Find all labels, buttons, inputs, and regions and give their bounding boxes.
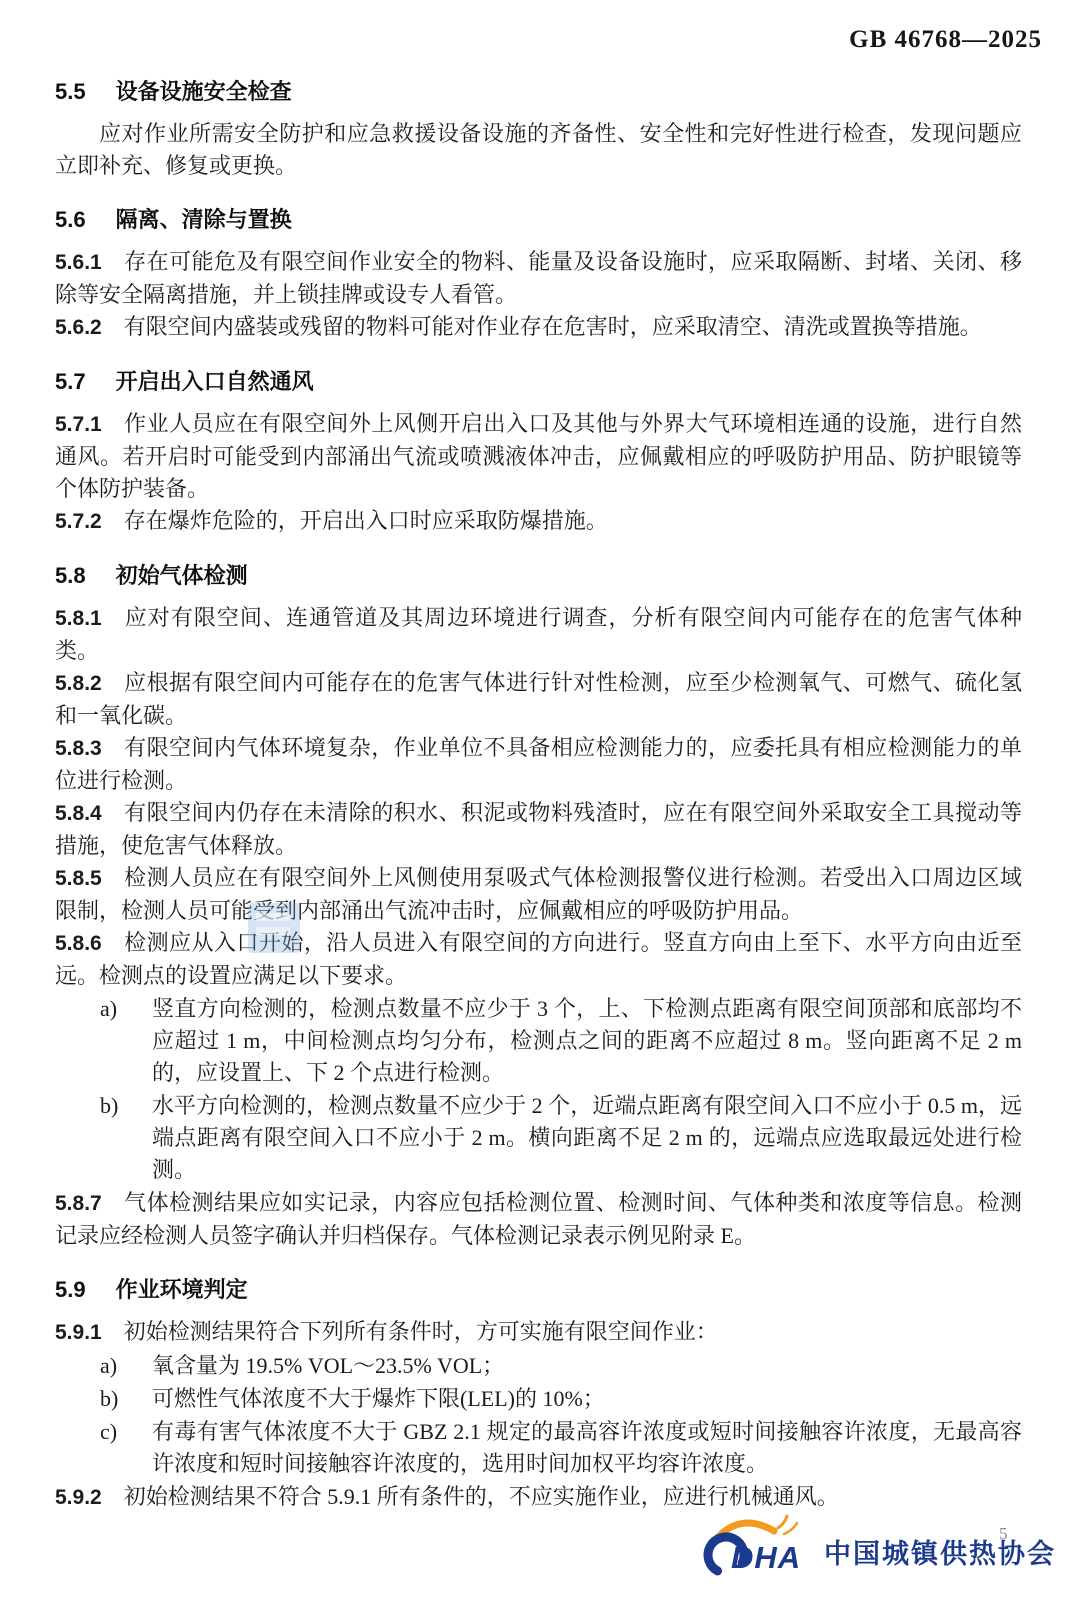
section-number: 5.5 — [55, 79, 86, 104]
clause-number: 5.9.1 — [55, 1321, 102, 1344]
clause-number: 5.9.2 — [55, 1486, 102, 1509]
clause-text: 有限空间内盛装或残留的物料可能对作业存在危害时，应采取清空、清洗或置换等措施。 — [124, 314, 982, 339]
list-text: 可燃性气体浓度不大于爆炸下限(LEL)的 10%； — [152, 1386, 605, 1411]
section-heading-5-7: 5.7开启出入口自然通风 — [55, 366, 1022, 398]
list-item-a: a)竖直方向检测的，检测点数量不应少于 3 个，上、下检测点距离有限空间顶部和底… — [55, 993, 1022, 1089]
clause-5-8-4: 5.8.4有限空间内仍存在未清除的积水、积泥或物料残渣时，应在有限空间外采取安全… — [55, 797, 1022, 862]
clause-number: 5.8.1 — [55, 607, 102, 630]
clause-text: 气体检测结果应如实记录，内容应包括检测位置、检测时间、气体种类和浓度等信息。检测… — [55, 1190, 1022, 1248]
clause-text: 检测人员应在有限空间外上风侧使用泵吸式气体检测报警仪进行检测。若受出入口周边区域… — [55, 865, 1022, 923]
section-heading-5-8: 5.8初始气体检测 — [55, 560, 1022, 592]
section-title: 作业环境判定 — [116, 1277, 248, 1302]
section-title: 开启出入口自然通风 — [116, 369, 314, 394]
list-marker: b) — [100, 1090, 118, 1122]
list-item-a: a)氧含量为 19.5% VOL～23.5% VOL； — [55, 1350, 1022, 1382]
section-heading-5-9: 5.9作业环境判定 — [55, 1274, 1022, 1306]
clause-text: 检测应从入口开始，沿人员进入有限空间的方向进行。竖直方向由上至下、水平方向由近至… — [55, 930, 1022, 988]
clause-5-7-1: 5.7.1作业人员应在有限空间外上风侧开启出入口及其他与外界大气环境相连通的设施… — [55, 408, 1022, 505]
section-number: 5.8 — [55, 563, 86, 588]
list-text: 竖直方向检测的，检测点数量不应少于 3 个，上、下检测点距离有限空间顶部和底部均… — [152, 996, 1022, 1085]
list-item-b: b)可燃性气体浓度不大于爆炸下限(LEL)的 10%； — [55, 1383, 1022, 1415]
clause-text: 有限空间内气体环境复杂，作业单位不具备相应检测能力的，应委托具有相应检测能力的单… — [55, 735, 1022, 793]
section-number: 5.7 — [55, 369, 86, 394]
list-marker: a) — [100, 1350, 117, 1382]
clause-text: 有限空间内仍存在未清除的积水、积泥或物料残渣时，应在有限空间外采取安全工具搅动等… — [55, 800, 1022, 858]
section-heading-5-5: 5.5设备设施安全检查 — [55, 76, 1022, 108]
clause-text: 初始检测结果符合下列所有条件时，方可实施有限空间作业： — [124, 1319, 718, 1344]
section-heading-5-6: 5.6隔离、清除与置换 — [55, 204, 1022, 236]
clause-5-8-3: 5.8.3有限空间内气体环境复杂，作业单位不具备相应检测能力的，应委托具有相应检… — [55, 732, 1022, 797]
clause-number: 5.8.6 — [55, 932, 102, 955]
clause-number: 5.7.1 — [55, 413, 102, 436]
clause-5-8-7: 5.8.7气体检测结果应如实记录，内容应包括检测位置、检测时间、气体种类和浓度等… — [55, 1187, 1022, 1252]
clause-text: 作业人员应在有限空间外上风侧开启出入口及其他与外界大气环境相连通的设施，进行自然… — [55, 411, 1022, 501]
clause-5-9-2: 5.9.2初始检测结果不符合 5.9.1 所有条件的，不应实施作业，应进行机械通… — [55, 1481, 1022, 1514]
clause-text: 初始检测结果不符合 5.9.1 所有条件的，不应实施作业，应进行机械通风。 — [124, 1484, 839, 1509]
clause-text: 应根据有限空间内可能存在的危害气体进行针对性检测，应至少检测氧气、可燃气、硫化氢… — [55, 670, 1022, 728]
list-text: 氧含量为 19.5% VOL～23.5% VOL； — [152, 1353, 504, 1378]
clause-text: 存在可能危及有限空间作业安全的物料、能量及设备设施时，应采取隔断、封堵、关闭、移… — [55, 249, 1022, 307]
page-number: 5 — [999, 1524, 1008, 1544]
list-text: 水平方向检测的，检测点数量不应少于 2 个，近端点距离有限空间入口不应小于 0.… — [152, 1093, 1022, 1182]
standard-number: GB 46768—2025 — [55, 26, 1042, 54]
clause-text: 应对有限空间、连通管道及其周边环境进行调查，分析有限空间内可能存在的危害气体种类… — [55, 605, 1022, 663]
clause-number: 5.8.4 — [55, 802, 102, 825]
clause-number: 5.6.1 — [55, 251, 102, 274]
list-item-c: c)有毒有害气体浓度不大于 GBZ 2.1 规定的最高容许浓度或短时间接触容许浓… — [55, 1416, 1022, 1480]
list-text: 有毒有害气体浓度不大于 GBZ 2.1 规定的最高容许浓度或短时间接触容许浓度，… — [152, 1419, 1022, 1476]
clause-number: 5.8.2 — [55, 672, 102, 695]
organization-name: 中国城镇供热协会 — [824, 1527, 1056, 1568]
clause-number: 5.7.2 — [55, 510, 102, 533]
clause-5-8-5: 5.8.5检测人员应在有限空间外上风侧使用泵吸式气体检测报警仪进行检测。若受出入… — [55, 862, 1022, 927]
section-number: 5.9 — [55, 1277, 86, 1302]
clause-5-8-6: 5.8.6检测应从入口开始，沿人员进入有限空间的方向进行。竖直方向由上至下、水平… — [55, 927, 1022, 992]
list-marker: c) — [100, 1416, 117, 1448]
cdha-logo-icon: DHA — [698, 1514, 816, 1580]
section-title: 隔离、清除与置换 — [116, 207, 292, 232]
section-number: 5.6 — [55, 207, 86, 232]
clause-5-8-1: 5.8.1应对有限空间、连通管道及其周边环境进行调查，分析有限空间内可能存在的危… — [55, 602, 1022, 667]
clause-number: 5.6.2 — [55, 316, 102, 339]
clause-5-8-2: 5.8.2应根据有限空间内可能存在的危害气体进行针对性检测，应至少检测氧气、可燃… — [55, 667, 1022, 732]
clause-5-7-2: 5.7.2存在爆炸危险的，开启出入口时应采取防爆措施。 — [55, 505, 1022, 538]
clause-number: 5.8.5 — [55, 867, 102, 890]
clause-text: 存在爆炸危险的，开启出入口时应采取防爆措施。 — [124, 508, 608, 533]
clause-number: 5.8.7 — [55, 1192, 102, 1215]
section-title: 设备设施安全检查 — [116, 79, 292, 104]
document-page: GB 46768—2025 5.5设备设施安全检查 应对作业所需安全防护和应急救… — [0, 0, 1080, 1514]
clause-5-6-1: 5.6.1存在可能危及有限空间作业安全的物料、能量及设备设施时，应采取隔断、封堵… — [55, 246, 1022, 311]
paragraph-5-5: 应对作业所需安全防护和应急救援设备设施的齐备性、安全性和完好性进行检查，发现问题… — [55, 118, 1022, 182]
clause-5-9-1: 5.9.1初始检测结果符合下列所有条件时，方可实施有限空间作业： — [55, 1316, 1022, 1349]
logo-wordmark: DHA — [731, 1540, 801, 1575]
section-title: 初始气体检测 — [116, 563, 248, 588]
list-item-b: b)水平方向检测的，检测点数量不应少于 2 个，近端点距离有限空间入口不应小于 … — [55, 1090, 1022, 1186]
list-marker: b) — [100, 1383, 118, 1415]
list-marker: a) — [100, 993, 117, 1025]
clause-5-6-2: 5.6.2有限空间内盛装或残留的物料可能对作业存在危害时，应采取清空、清洗或置换… — [55, 311, 1022, 344]
clause-number: 5.8.3 — [55, 737, 102, 760]
